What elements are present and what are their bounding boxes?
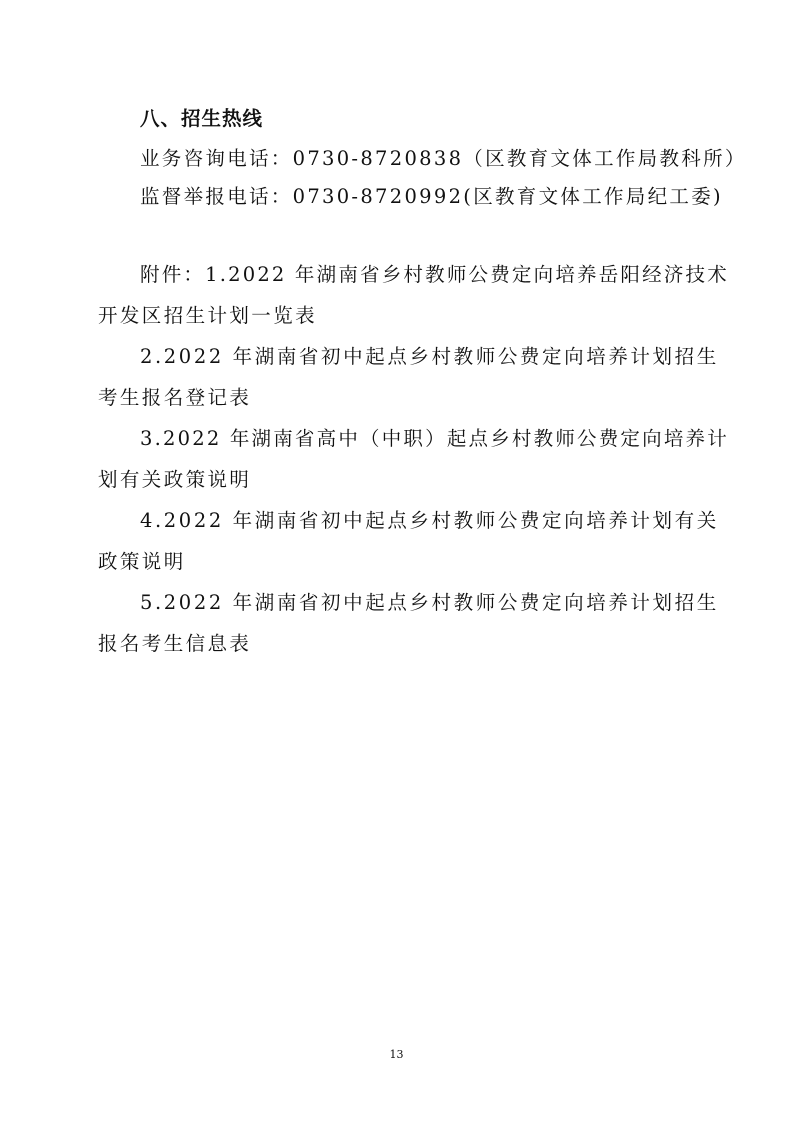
attachment-line: 划有关政策说明 xyxy=(98,468,251,492)
attachment-line: 4.2022 年湖南省初中起点乡村教师公费定向培养计划有关 xyxy=(140,509,719,533)
section-heading: 八、招生热线 xyxy=(140,107,263,131)
attachment-line: 5.2022 年湖南省初中起点乡村教师公费定向培养计划招生 xyxy=(140,591,719,615)
attachment-line: 附件：1.2022 年湖南省乡村教师公费定向培养岳阳经济技术 xyxy=(140,263,729,287)
hotline-number: 0730-8720992 xyxy=(293,185,464,208)
hotline-number: 0730-8720838 xyxy=(293,147,464,170)
hotline-note: (区教育文体工作局纪工委) xyxy=(463,185,723,208)
hotline-label: 业务咨询电话： xyxy=(140,147,293,170)
hotline-supervision: 监督举报电话：0730-8720992(区教育文体工作局纪工委) xyxy=(140,185,723,209)
attachment-line: 政策说明 xyxy=(98,550,186,574)
attachment-line: 3.2022 年湖南省高中（中职）起点乡村教师公费定向培养计 xyxy=(140,427,729,451)
page-number: 13 xyxy=(0,1048,793,1061)
attachment-line: 考生报名登记表 xyxy=(98,386,251,410)
attachment-line: 开发区招生计划一览表 xyxy=(98,304,317,328)
hotline-note: （区教育文体工作局教科所） xyxy=(463,147,746,170)
hotline-label: 监督举报电话： xyxy=(140,185,293,208)
attachment-line: 2.2022 年湖南省初中起点乡村教师公费定向培养计划招生 xyxy=(140,345,719,369)
attachment-line: 报名考生信息表 xyxy=(98,632,251,656)
hotline-consult: 业务咨询电话：0730-8720838（区教育文体工作局教科所） xyxy=(140,147,747,171)
